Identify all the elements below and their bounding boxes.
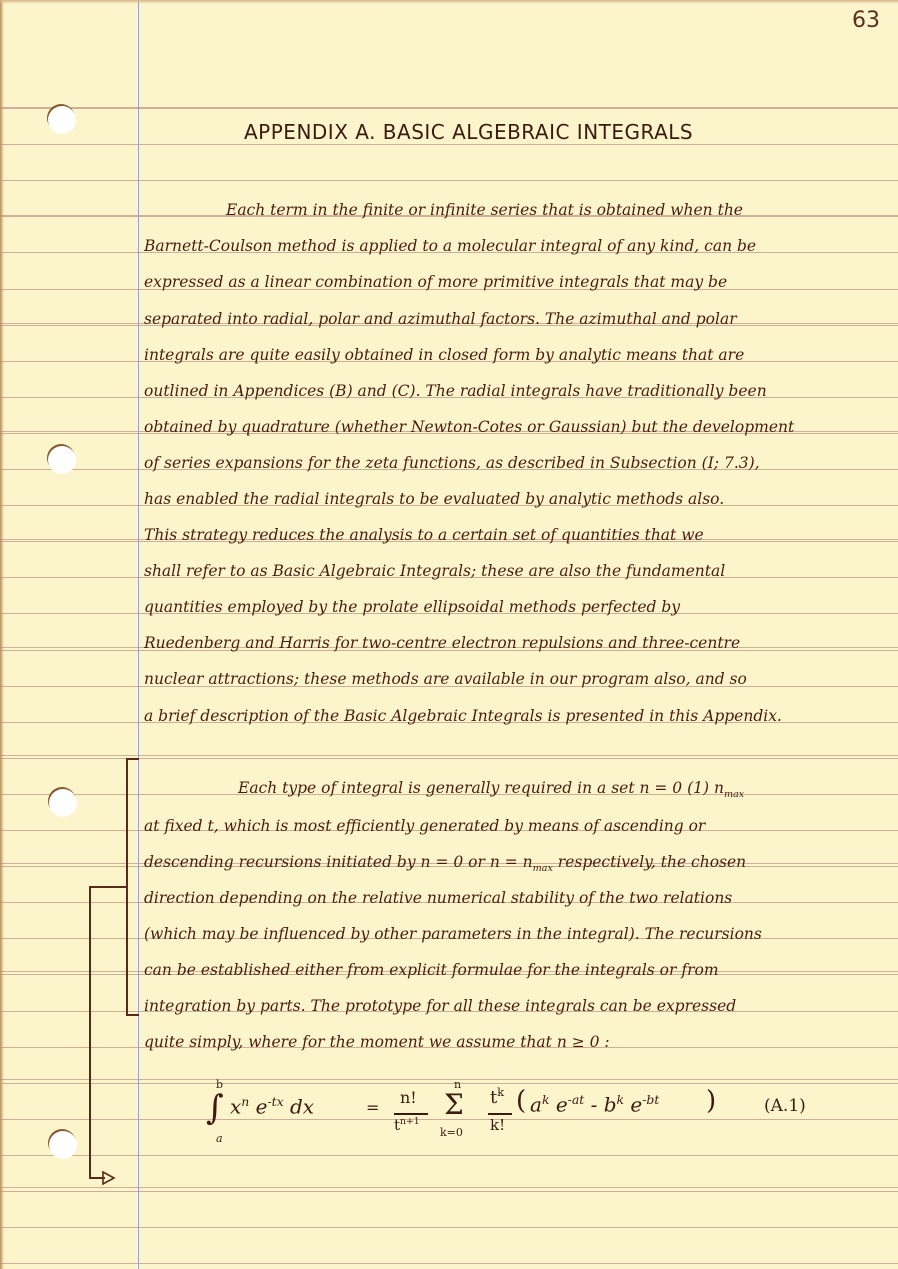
text-line: separated into radial, polar and azimuth… [144, 309, 737, 329]
differential: dx [290, 1095, 314, 1119]
page-title: APPENDIX A. BASIC ALGEBRAIC INTEGRALS [244, 120, 693, 144]
text-line: direction depending on the relative nume… [144, 888, 732, 908]
text-line: quite simply, where for the moment we as… [144, 1032, 610, 1052]
text-line: can be established either from explicit … [144, 960, 719, 980]
text-line: of series expansions for the zeta functi… [144, 453, 760, 473]
equation-label: (A.1) [764, 1096, 806, 1116]
integral-sign: ∫ [206, 1088, 224, 1128]
text-line: This strategy reduces the analysis to a … [144, 525, 704, 545]
term2-e-exponent: -bt [642, 1092, 659, 1107]
text-line: expressed as a linear combination of mor… [144, 272, 727, 292]
text-span: descending recursions initiated by n = 0… [144, 853, 533, 871]
ruled-line [0, 180, 898, 181]
paper-left-edge [0, 0, 4, 1269]
sum-lower-limit: k=0 [440, 1126, 463, 1139]
close-paren: ) [706, 1086, 716, 1116]
term2-e: e [630, 1093, 642, 1117]
text-line: Each term in the finite or infinite seri… [226, 200, 743, 220]
fraction-1-denominator: tn+1 [394, 1116, 420, 1134]
fraction-2-bar [488, 1113, 512, 1115]
integrand-base: x [230, 1095, 241, 1119]
text-line: shall refer to as Basic Algebraic Integr… [144, 561, 725, 581]
text-line: at fixed t, which is most efficiently ge… [144, 816, 705, 836]
minus-sign: - [591, 1093, 598, 1117]
denominator-exponent: n+1 [400, 1116, 420, 1127]
ruled-line [0, 108, 898, 109]
term2-base: b [604, 1093, 617, 1117]
text-line: quantities employed by the prolate ellip… [144, 597, 680, 617]
text-span: Each type of integral is generally requi… [238, 779, 724, 797]
text-line: integrals are quite easily obtained in c… [144, 345, 744, 365]
bracket-connector [89, 886, 128, 1179]
equation-a1: b ∫ a xn e-tx dx = n! tn+1 n Σ k=0 tk k!… [204, 1082, 764, 1162]
ruled-line [0, 144, 898, 145]
ruled-line [0, 1227, 898, 1228]
equals-sign: = [366, 1098, 379, 1117]
term1-exponent: k [542, 1092, 550, 1107]
exp-power: -tx [267, 1094, 283, 1109]
text-line: Barnett-Coulson method is applied to a m… [144, 236, 756, 256]
text-line: Ruedenberg and Harris for two-centre ele… [144, 633, 740, 653]
text-line: outlined in Appendices (B) and (C). The … [144, 381, 767, 401]
subscript: max [724, 789, 744, 800]
ruled-line [0, 1191, 898, 1192]
punch-hole [49, 789, 77, 817]
punch-hole [49, 1131, 77, 1159]
paper-top-edge [0, 0, 898, 4]
margin-line [138, 0, 139, 1269]
text-span: respectively, the chosen [553, 853, 746, 871]
sum-sign: Σ [444, 1088, 464, 1121]
term2-exponent: k [617, 1092, 625, 1107]
term1-e-exponent: -at [568, 1092, 585, 1107]
term1-e: e [556, 1093, 568, 1117]
fraction-2-numerator: tk [490, 1086, 504, 1108]
text-line: Each type of integral is generally requi… [238, 778, 744, 805]
numerator-exponent: k [497, 1086, 504, 1099]
fraction-1-numerator: n! [400, 1088, 417, 1107]
text-line: has enabled the radial integrals to be e… [144, 489, 724, 509]
text-line: nuclear attractions; these methods are a… [144, 669, 747, 689]
fraction-1-bar [394, 1113, 428, 1115]
text-line: (which may be influenced by other parame… [144, 924, 762, 944]
ruled-line [0, 1263, 898, 1264]
punch-hole [48, 106, 76, 134]
integrand-exponent: n [241, 1094, 249, 1109]
open-paren: ( [516, 1086, 526, 1116]
exp-base: e [256, 1095, 268, 1119]
text-line: descending recursions initiated by n = 0… [144, 852, 746, 879]
fraction-2-denominator: k! [490, 1116, 505, 1134]
text-line: obtained by quadrature (whether Newton-C… [144, 417, 794, 437]
punch-hole [48, 446, 76, 474]
subscript: max [533, 863, 553, 874]
arrow-head-icon [102, 1171, 116, 1185]
term1-base: a [530, 1093, 542, 1117]
integrand: xn e-tx dx [230, 1094, 314, 1119]
integral-lower-limit: a [216, 1132, 223, 1145]
text-line: integration by parts. The prototype for … [144, 996, 736, 1016]
bracketed-expression: ak e-at - bk e-bt [530, 1092, 659, 1117]
page-number: 63 [852, 8, 880, 33]
text-line: a brief description of the Basic Algebra… [144, 706, 782, 726]
